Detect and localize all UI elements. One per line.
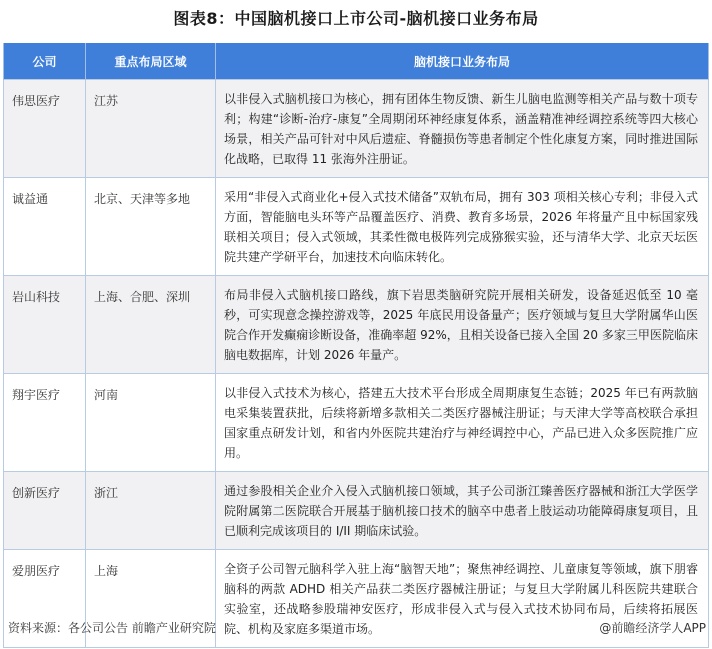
region-cell: 河南 bbox=[86, 374, 216, 472]
business-layout-table: 公司 重点布局区域 脑机接口业务布局 伟思医疗 江苏 以非侵入式脑机接口为核心，… bbox=[3, 43, 709, 648]
source-note: 资料来源：各公司公告 前瞻产业研究院 bbox=[8, 619, 216, 636]
chart-title: 图表8：中国脑机接口上市公司-脑机接口业务布局 bbox=[0, 6, 712, 29]
table-row: 诚益通 北京、天津等多地 采用“非侵入式商业化+侵入式技术储备”双轨布局，拥有 … bbox=[4, 178, 709, 276]
header-company: 公司 bbox=[4, 43, 86, 80]
description-cell: 以非侵入式脑机接口为核心，拥有团体生物反馈、新生儿脑电监测等相关产品与数十项专利… bbox=[216, 80, 709, 178]
company-cell: 岩山科技 bbox=[4, 276, 86, 374]
description-cell: 采用“非侵入式商业化+侵入式技术储备”双轨布局，拥有 303 项相关核心专利；非… bbox=[216, 178, 709, 276]
region-cell: 浙江 bbox=[86, 472, 216, 550]
company-cell: 伟思医疗 bbox=[4, 80, 86, 178]
description-cell: 通过参股相关企业介入侵入式脑机接口领域，其子公司浙江臻善医疗器械和浙江大学医学院… bbox=[216, 472, 709, 550]
table-header-row: 公司 重点布局区域 脑机接口业务布局 bbox=[4, 43, 709, 80]
table-row: 翔宇医疗 河南 以非侵入式技术为核心，搭建五大技术平台形成全周期康复生态链；20… bbox=[4, 374, 709, 472]
table-row: 创新医疗 浙江 通过参股相关企业介入侵入式脑机接口领域，其子公司浙江臻善医疗器械… bbox=[4, 472, 709, 550]
header-business-layout: 脑机接口业务布局 bbox=[216, 43, 709, 80]
credit-note: @前瞻经济学人APP bbox=[599, 619, 706, 636]
company-cell: 诚益通 bbox=[4, 178, 86, 276]
region-cell: 北京、天津等多地 bbox=[86, 178, 216, 276]
region-cell: 江苏 bbox=[86, 80, 216, 178]
company-cell: 创新医疗 bbox=[4, 472, 86, 550]
header-region: 重点布局区域 bbox=[86, 43, 216, 80]
table-row: 岩山科技 上海、合肥、深圳 布局非侵入式脑机接口路线，旗下岩思类脑研究院开展相关… bbox=[4, 276, 709, 374]
company-cell: 翔宇医疗 bbox=[4, 374, 86, 472]
region-cell: 上海、合肥、深圳 bbox=[86, 276, 216, 374]
description-cell: 以非侵入式技术为核心，搭建五大技术平台形成全周期康复生态链；2025 年已有两款… bbox=[216, 374, 709, 472]
description-cell: 布局非侵入式脑机接口路线，旗下岩思类脑研究院开展相关研发，设备延迟低至 10 毫… bbox=[216, 276, 709, 374]
table-row: 伟思医疗 江苏 以非侵入式脑机接口为核心，拥有团体生物反馈、新生儿脑电监测等相关… bbox=[4, 80, 709, 178]
